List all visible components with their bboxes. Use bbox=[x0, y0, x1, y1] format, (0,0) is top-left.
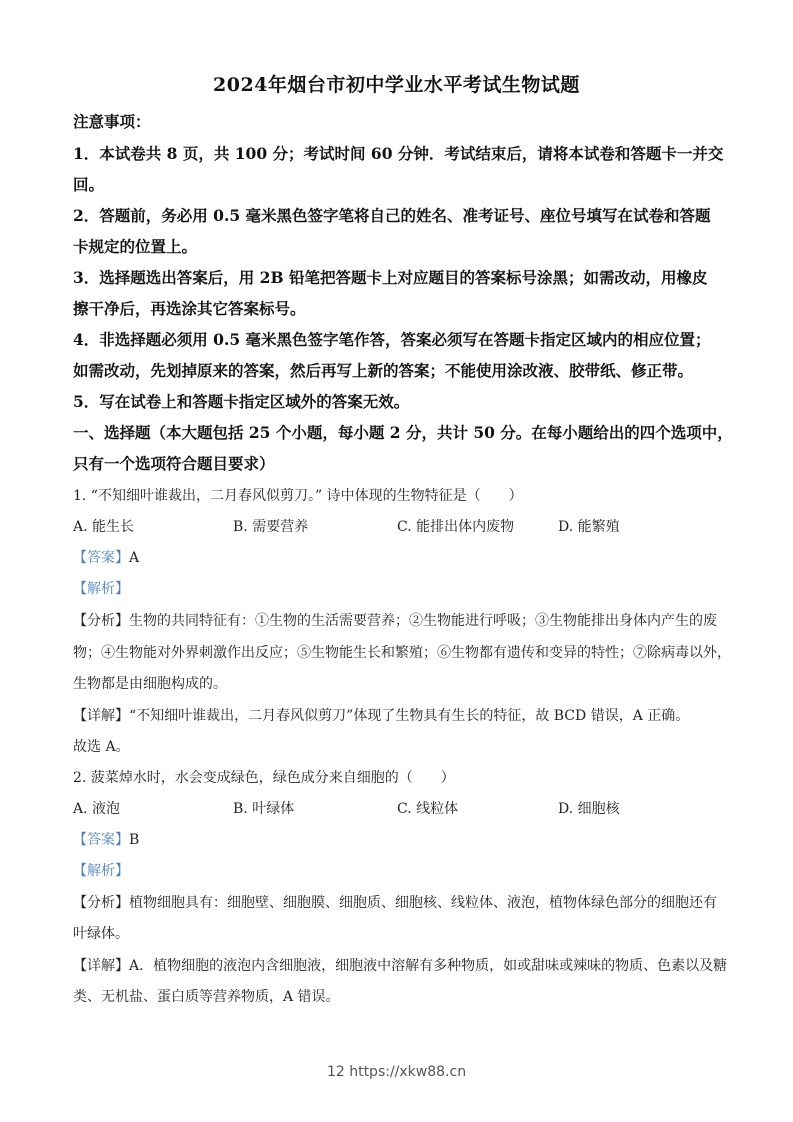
notice-line: 回。 bbox=[73, 173, 104, 195]
xiangjie-text: “不知细叶谁裁出，二月春风似剪刀”体现了生物具有生长的特征，故 BCD 错误，A… bbox=[129, 708, 689, 724]
q1-option-b: B. 需要营养 bbox=[233, 516, 308, 536]
section-heading: 一、选择题（本大题包括 25 个小题，每小题 2 分，共计 50 分。在每小题给… bbox=[73, 421, 733, 443]
answer-value: B bbox=[129, 832, 139, 848]
q1-analysis-tag: 【解析】 bbox=[73, 578, 129, 598]
page-footer: 12 https://xkw88.cn bbox=[0, 1064, 793, 1080]
answer-tag: 【答案】 bbox=[73, 550, 129, 566]
q1-option-a: A. 能生长 bbox=[73, 516, 134, 536]
q2-analysis-tag: 【解析】 bbox=[73, 860, 129, 880]
q2-fenxi: 【分析】植物细胞具有：细胞壁、细胞膜、细胞质、细胞核、线粒体、液泡，植物体绿色部… bbox=[73, 892, 717, 912]
notice-line: 1．本试卷共 8 页，共 100 分；考试时间 60 分钟．考试结束后，请将本试… bbox=[73, 142, 723, 164]
page-title: 2024年烟台市初中学业水平考试生物试题 bbox=[0, 70, 793, 97]
q1-conclusion: 故选 A。 bbox=[73, 736, 130, 756]
fenxi-tag: 【分析】 bbox=[73, 613, 129, 629]
fenxi-text: 植物细胞具有：细胞壁、细胞膜、细胞质、细胞核、线粒体、液泡，植物体绿色部分的细胞… bbox=[129, 895, 717, 911]
q2-option-b: B. 叶绿体 bbox=[233, 798, 294, 818]
q2-option-a: A. 液泡 bbox=[73, 798, 120, 818]
xiangjie-text: A．植物细胞的液泡内含细胞液，细胞液中溶解有多种物质，如或甜味或辣味的物质、色素… bbox=[129, 958, 727, 974]
q2-fenxi-line: 叶绿体。 bbox=[73, 923, 129, 943]
notice-heading: 注意事项： bbox=[73, 110, 151, 132]
q1-option-d: D. 能繁殖 bbox=[558, 516, 620, 536]
q2-option-d: D. 细胞核 bbox=[558, 798, 620, 818]
fenxi-text: 生物的共同特征有：①生物的生活需要营养；②生物能进行呼吸；③生物能排出身体内产生… bbox=[129, 613, 717, 629]
q2-xiangjie-line: 类、无机盐、蛋白质等营养物质，A 错误。 bbox=[73, 986, 340, 1006]
notice-line: 2．答题前，务必用 0.5 毫米黑色签字笔将自己的姓名、准考证号、座位号填写在试… bbox=[73, 204, 711, 226]
q1-answer: 【答案】A bbox=[73, 547, 139, 567]
answer-tag: 【答案】 bbox=[73, 832, 129, 848]
question-2-stem: 2. 菠菜焯水时，水会变成绿色，绿色成分来自细胞的（ ） bbox=[73, 767, 455, 787]
q1-fenxi: 【分析】生物的共同特征有：①生物的生活需要营养；②生物能进行呼吸；③生物能排出身… bbox=[73, 610, 717, 630]
notice-line: 3．选择题选出答案后，用 2B 铅笔把答题卡上对应题目的答案标号涂黑；如需改动，… bbox=[73, 266, 707, 288]
xiangjie-tag: 【详解】 bbox=[73, 708, 129, 724]
q1-xiangjie: 【详解】“不知细叶谁裁出，二月春风似剪刀”体现了生物具有生长的特征，故 BCD … bbox=[73, 705, 689, 725]
q1-fenxi-line: 物；④生物能对外界刺激作出反应；⑤生物能生长和繁殖；⑥生物都有遗传和变异的特性；… bbox=[73, 642, 731, 662]
q1-option-c: C. 能排出体内废物 bbox=[397, 516, 514, 536]
q1-fenxi-line: 生物都是由细胞构成的。 bbox=[73, 673, 227, 693]
answer-value: A bbox=[129, 550, 139, 566]
notice-line: 4．非选择题必须用 0.5 毫米黑色签字笔作答，答案必须写在答题卡指定区域内的相… bbox=[73, 328, 711, 350]
section-heading: 只有一个选项符合题目要求） bbox=[73, 452, 275, 474]
xiangjie-tag: 【详解】 bbox=[73, 958, 129, 974]
notice-line: 卡规定的位置上。 bbox=[73, 235, 197, 257]
q2-xiangjie: 【详解】A．植物细胞的液泡内含细胞液，细胞液中溶解有多种物质，如或甜味或辣味的物… bbox=[73, 955, 727, 975]
q2-option-c: C. 线粒体 bbox=[397, 798, 458, 818]
notice-line: 5．写在试卷上和答题卡指定区域外的答案无效。 bbox=[73, 390, 409, 412]
fenxi-tag: 【分析】 bbox=[73, 895, 129, 911]
q2-answer: 【答案】B bbox=[73, 829, 139, 849]
notice-line: 如需改动，先划掉原来的答案，然后再写上新的答案；不能使用涂改液、胶带纸、修正带。 bbox=[73, 359, 693, 381]
notice-line: 擦干净后，再选涂其它答案标号。 bbox=[73, 297, 306, 319]
question-1-stem: 1. “不知细叶谁裁出，二月春风似剪刀。” 诗中体现的生物特征是（ ） bbox=[73, 485, 523, 505]
